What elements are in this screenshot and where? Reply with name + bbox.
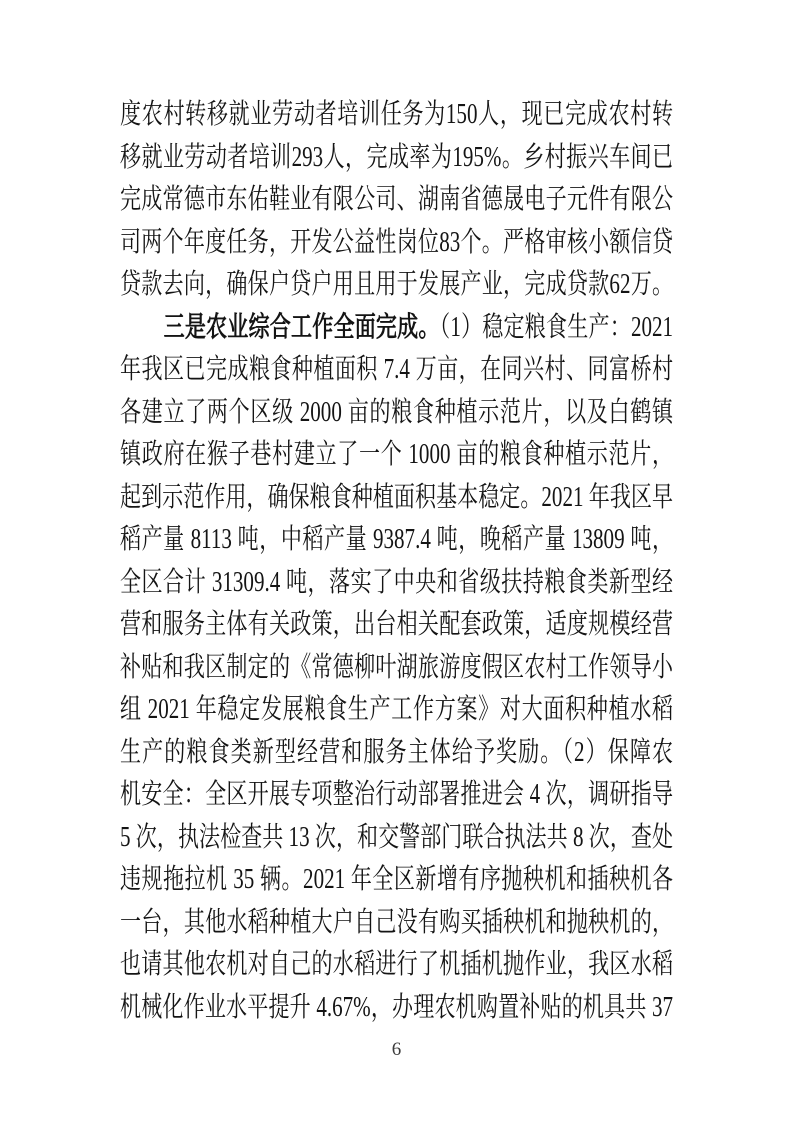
paragraph2-line-14: 违规拖拉机 35 辆。2021 年全区新增有序抛秧机和插秧机各	[120, 859, 673, 902]
paragraph1-line-4: 司两个年度任务，开发公益性岗位83个。严格审核小额信贷	[120, 222, 673, 265]
paragraph2-line-2: 年我区已完成粮食种植面积 7.4 万亩，在同兴村、同富桥村	[120, 349, 673, 392]
document-page: 度农村转移就业劳动者培训任务为150人，现已完成农村转 移就业劳动者培训293人…	[0, 0, 793, 1122]
paragraph2-line-16: 也请其他农机对自己的水稻进行了机插机抛作业，我区水稻	[120, 944, 673, 987]
paragraph2-line-12: 机安全：全区开展专项整治行动部署推进会 4 次，调研指导	[120, 774, 673, 817]
paragraph2-line-11: 生产的粮食类新型经营和服务主体给予奖励。（2）保障农	[120, 732, 673, 775]
paragraph2-first-line: 三是农业综合工作全面完成。（1）稳定粮食生产：2021	[120, 307, 673, 350]
paragraph2-line-9: 补贴和我区制定的《常德柳叶湖旅游度假区农村工作领导小	[120, 647, 673, 690]
paragraph2-line-5: 起到示范作用，确保粮食种植面积基本稳定。2021 年我区早	[120, 477, 673, 520]
paragraph2-line-7: 全区合计 31309.4 吨，落实了中央和省级扶持粮食类新型经	[120, 562, 673, 605]
paragraph1-line-2: 移就业劳动者培训293人，完成率为195%。乡村振兴车间已	[120, 137, 673, 180]
paragraph1-line-5: 贷款去向，确保户贷户用且用于发展产业，完成贷款62万。	[120, 264, 673, 307]
paragraph1-line-3: 完成常德市东佑鞋业有限公司、湖南省德晟电子元件有限公	[120, 179, 673, 222]
text-body: 度农村转移就业劳动者培训任务为150人，现已完成农村转 移就业劳动者培训293人…	[120, 94, 673, 1029]
paragraph2-line-6: 稻产量 8113 吨，中稻产量 9387.4 吨，晚稻产量 13809 吨，	[120, 519, 673, 562]
paragraph2-line-13: 5 次，执法检查共 13 次，和交警部门联合执法共 8 次，查处	[120, 817, 673, 860]
paragraph2-line-8: 营和服务主体有关政策，出台相关配套政策，适度规模经营	[120, 604, 673, 647]
paragraph2-lead-bold: 三是农业综合工作全面完成。	[164, 312, 440, 343]
paragraph2-line-15: 一台，其他水稻种植大户自己没有购买插秧机和抛秧机的，	[120, 902, 673, 945]
paragraph2-line-17: 机械化作业水平提升 4.67%，办理农机购置补贴的机具共 37	[120, 987, 673, 1030]
paragraph2-line-4: 镇政府在猴子巷村建立了一个 1000 亩的粮食种植示范片，	[120, 434, 673, 477]
paragraph2-line-3: 各建立了两个区级 2000 亩的粮食种植示范片，以及白鹤镇	[120, 392, 673, 435]
paragraph1-line-1: 度农村转移就业劳动者培训任务为150人，现已完成农村转	[120, 94, 673, 137]
paragraph2-lead-rest: （1）稳定粮食生产：2021	[440, 312, 673, 343]
page-number: 6	[0, 1039, 793, 1061]
paragraph2-line-10: 组 2021 年稳定发展粮食生产工作方案》对大面积种植水稻	[120, 689, 673, 732]
